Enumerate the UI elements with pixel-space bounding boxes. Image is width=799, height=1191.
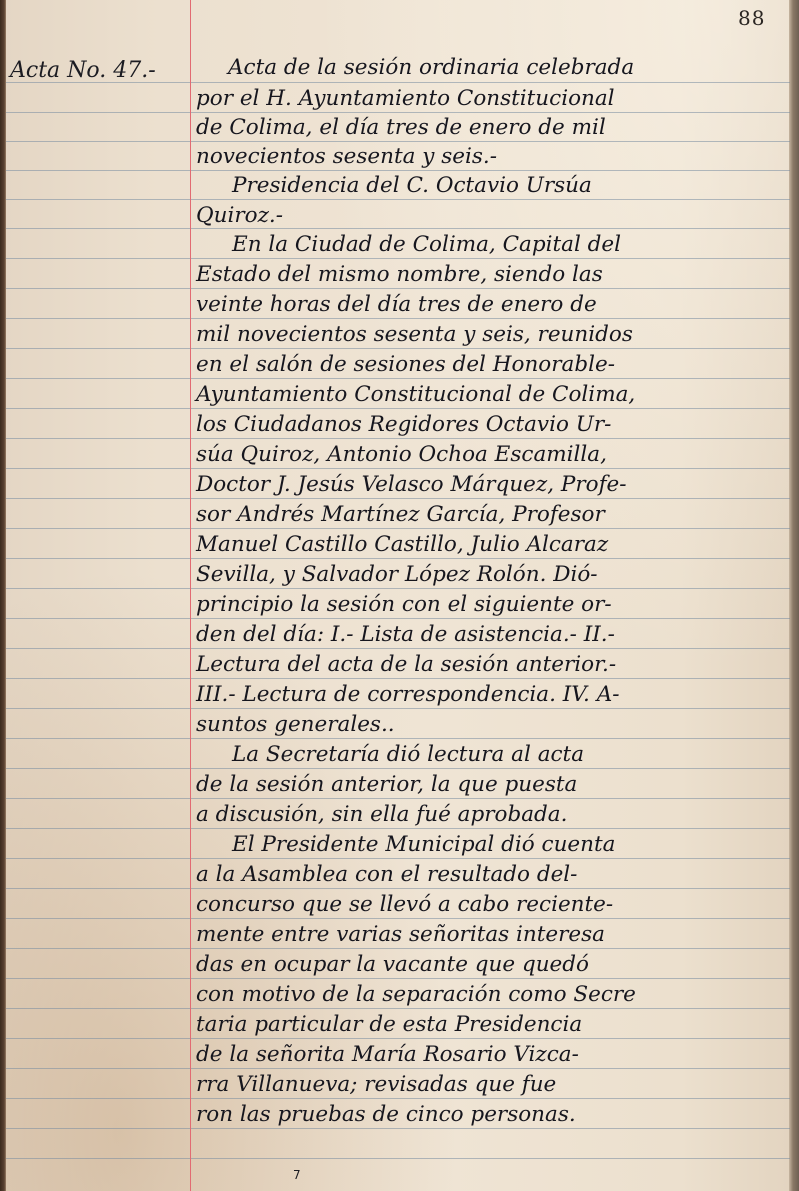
text-line: Acta de la sesión ordinaria celebrada [228, 57, 634, 79]
text-line: súa Quiroz, Antonio Ochoa Escamilla, [196, 444, 607, 466]
ruled-line [6, 112, 790, 113]
text-line: Doctor J. Jesús Velasco Márquez, Profe- [196, 474, 627, 496]
ruled-line [6, 1098, 790, 1099]
ruled-line [6, 858, 790, 859]
ruled-line [6, 378, 790, 379]
text-line: III.- Lectura de correspondencia. IV. A- [196, 684, 620, 706]
ruled-line [6, 828, 790, 829]
ruled-line [6, 1068, 790, 1069]
ruled-line [6, 768, 790, 769]
ruled-line [6, 199, 790, 200]
text-line: Sevilla, y Salvador López Rolón. Dió- [196, 564, 598, 586]
ruled-line [6, 1038, 790, 1039]
ruled-line [6, 288, 790, 289]
ruled-line [6, 348, 790, 349]
ruled-line [6, 948, 790, 949]
ruled-line [6, 468, 790, 469]
ruled-line [6, 228, 790, 229]
text-line: a discusión, sin ella fué aprobada. [196, 804, 567, 826]
text-line: concurso que se llevó a cabo recientе- [196, 894, 613, 916]
page-number: 88 [738, 6, 765, 30]
text-line: sor Andrés Martínez García, Profesor [196, 504, 605, 526]
ruled-line [6, 678, 790, 679]
text-line: La Secretaría dió lectura al acta [232, 744, 584, 766]
text-line: en el salón de sesiones del Honorable- [196, 354, 615, 376]
text-line: Manuel Castillo Castillo, Julio Alcaraz [196, 534, 608, 556]
ruled-line [6, 1128, 790, 1129]
text-line: El Presidente Municipal dió cuenta [232, 834, 615, 856]
ruled-line [6, 798, 790, 799]
ruled-line [6, 738, 790, 739]
ruled-line [6, 170, 790, 171]
text-line: veinte horas del día tres de enero de [196, 294, 597, 316]
ruled-line [6, 318, 790, 319]
text-line: de la sesión anterior, la que puesta [196, 774, 577, 796]
ledger-page: 88 Acta No. 47.- Acta de la sesión ordin… [0, 0, 799, 1191]
ruled-line [6, 408, 790, 409]
text-line: mente entre varias señoritas interesa [196, 924, 605, 946]
book-binding [0, 0, 6, 1191]
text-line: Quiroz.- [196, 205, 283, 227]
text-line: das en ocupar la vacante que quedó [196, 954, 589, 976]
ruled-line [6, 141, 790, 142]
text-line: Ayuntamiento Constitucional de Colima, [196, 384, 635, 406]
ruled-line [6, 978, 790, 979]
text-line: mil novecientos sesenta y seis, reunidos [196, 324, 633, 346]
ruled-line [6, 708, 790, 709]
text-line: suntos generales.. [196, 714, 395, 736]
page-edge [789, 0, 799, 1191]
text-line: rra Villanueva; revisadas que fue [196, 1074, 556, 1096]
text-line: novecientos sesenta y seis.- [196, 146, 497, 168]
ruled-line [6, 1158, 790, 1159]
ruled-line [6, 888, 790, 889]
text-line: den del día: I.- Lista de asistencia.- I… [196, 624, 615, 646]
text-line: principio la sesión con el siguiente or- [196, 594, 612, 616]
text-line: de Colima, el día tres de enero de mil [196, 117, 606, 139]
ruled-line [6, 498, 790, 499]
text-line: Estado del mismo nombre, siendo las [196, 264, 603, 286]
ruled-line [6, 918, 790, 919]
text-line: por el H. Ayuntamiento Constitucional [196, 88, 615, 110]
text-line: taria particular de esta Presidencia [196, 1014, 582, 1036]
ruled-line [6, 438, 790, 439]
ruled-line [6, 618, 790, 619]
ruled-line [6, 588, 790, 589]
text-line: de la señorita María Rosario Vizca- [196, 1044, 579, 1066]
text-line: a la Asamblea con el resultado del- [196, 864, 577, 886]
ruled-line [6, 558, 790, 559]
text-line: Lectura del acta de la sesión anterior.- [196, 654, 616, 676]
text-line: los Ciudadanos Regidores Octavio Ur- [196, 414, 611, 436]
text-line: ron las pruebas de cinco personas. [196, 1104, 576, 1126]
ruled-line [6, 528, 790, 529]
stray-ink-mark: 7 [293, 1168, 301, 1182]
margin-rule [190, 0, 191, 1191]
text-line: Presidencia del C. Octavio Ursúa [232, 175, 592, 197]
text-line: En la Ciudad de Colima, Capital del [232, 234, 621, 256]
ruled-line [6, 648, 790, 649]
act-number-label: Acta No. 47.- [10, 58, 156, 83]
ruled-line [6, 258, 790, 259]
ruled-line [6, 1008, 790, 1009]
text-line: con motivo de la separación como Secre [196, 984, 636, 1006]
